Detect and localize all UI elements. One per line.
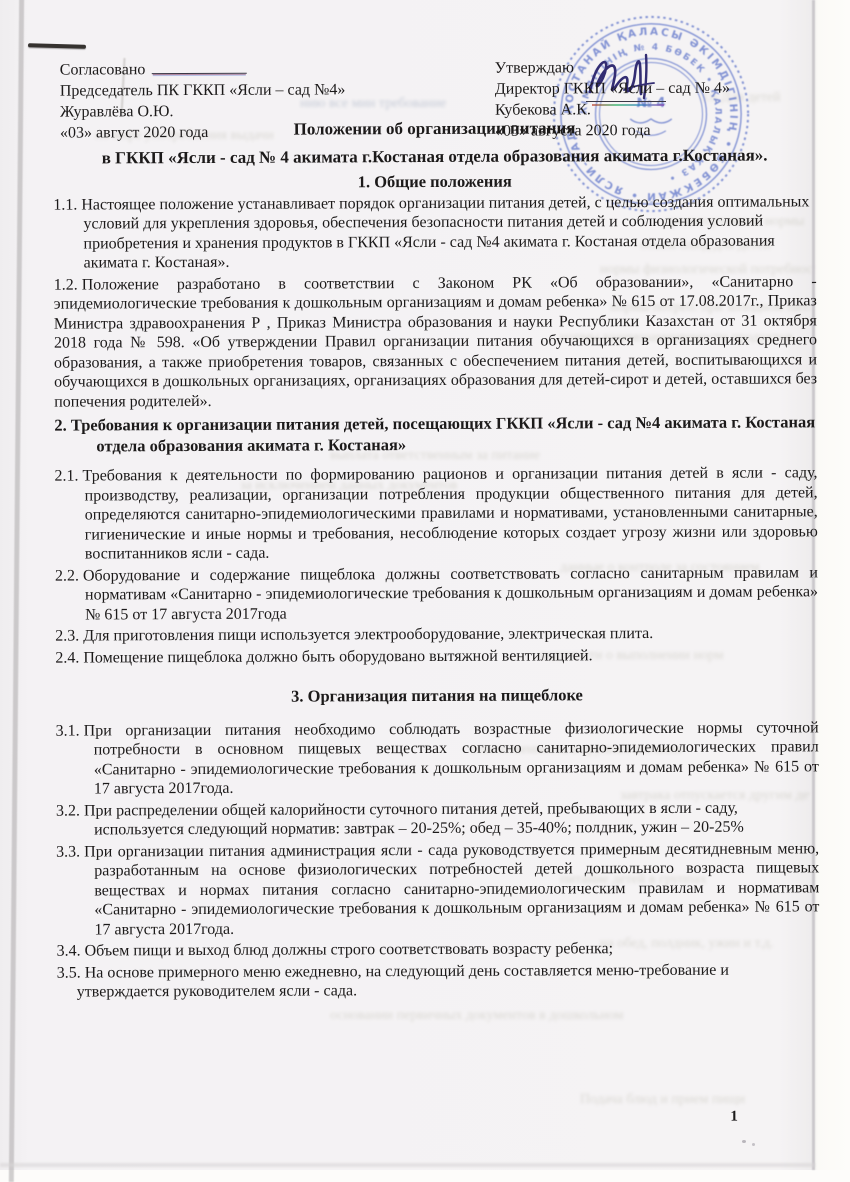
section-3-heading: 3. Организация питания на пищеблоке <box>55 684 818 707</box>
scanned-page: 3.6 Для детей нию все мин требование по … <box>0 0 850 1170</box>
agreed-block: Согласовано Председатель ПК ГККП «Ясли –… <box>60 58 460 144</box>
document-body: Положении об организации питания в ГККП … <box>0 116 850 1002</box>
approval-header: Согласовано Председатель ПК ГККП «Ясли –… <box>0 0 848 114</box>
agreed-date: «03» август 2020 года <box>60 121 460 144</box>
section-2-heading: 2. Требования к организации питания дете… <box>54 411 817 456</box>
clause-2-4: 2.4.Помещение пищеблока должно быть обор… <box>55 645 818 668</box>
clause-3-5: 3.5.На основе примерного меню ежедневно,… <box>57 960 820 1002</box>
agreed-signature-line <box>151 59 246 74</box>
page-number: 1 <box>730 1109 738 1126</box>
clause-3-4: 3.4.Объем пищи и выход блюд должны строг… <box>57 938 820 961</box>
approved-label: Утверждаю <box>495 56 825 78</box>
clause-3-1: 3.1.При организации питания необходимо с… <box>56 718 819 799</box>
agreed-label: Согласовано <box>60 61 146 78</box>
approved-name: Кубекова А.К. <box>495 98 825 120</box>
clause-1-2: 1.2.Положение разработано в соответствии… <box>54 272 818 412</box>
section-1-heading: 1. Общие положения <box>53 170 816 193</box>
approved-block: Утверждаю Директор ГККП «Ясли – сад № 4»… <box>495 56 825 141</box>
agreed-role: Председатель ПК ГККП «Ясли – сад №4» <box>60 79 460 102</box>
clause-2-2: 2.2.Оборудование и содержание пищеблока … <box>55 563 818 625</box>
agreed-name: Журавлёва О.Ю. <box>60 100 460 123</box>
clause-2-1: 2.1.Требования к деятельности по формиро… <box>54 463 817 564</box>
clause-1-1: 1.1.Настоящее положение устанавливает по… <box>53 192 816 273</box>
approved-role: Директор ГККП «Ясли – сад № 4» <box>495 77 825 99</box>
clause-2-3: 2.3.Для приготовления пищи используется … <box>55 623 818 646</box>
document-title-line2: в ГККП «Ясли - сад № 4 акимата г.Костана… <box>53 144 816 169</box>
clause-3-3: 3.3.При организации питания администраци… <box>56 839 819 940</box>
approved-date: «03» августа 2020 года <box>495 119 825 141</box>
clause-3-2: 3.2.При распределении общей калорийности… <box>56 798 819 840</box>
